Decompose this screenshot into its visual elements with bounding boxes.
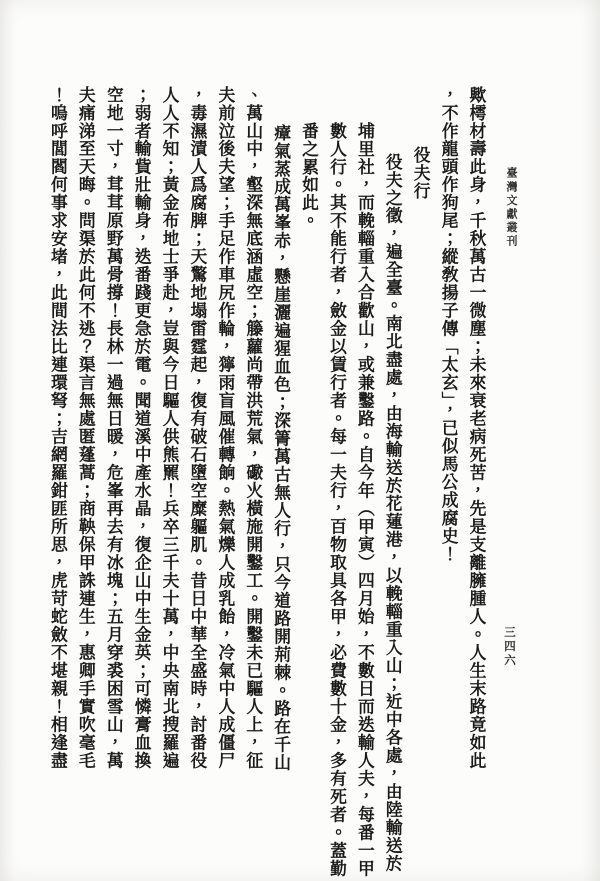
text-column: 夫痛涕至天晦。問渠於此何不逃？渠言無處匿蓬蒿；商鞅保甲誅連生，惠卿手實吹毫毛 [71,86,99,878]
scanned-book-page: 臺灣文獻叢刊 三四六 歟樗材壽此身，千秋萬古一微塵；未來衰老病死苦，先是支離臃腫… [0,0,600,881]
text-column: 空地一寸，茸茸原野萬骨撐！長林一過無日暖，危峯再去有冰塊；五月穿裘困雪山，萬 [99,86,127,878]
text-column: 歟樗材壽此身，千秋萬古一微塵；未來衰老病死苦，先是支離臃腫人。人生末路竟如此 [462,86,490,878]
text-column: ；弱者輸貲壯輸身，迭番踐更急於電。聞道溪中產水晶，復企山中生金英；可憐膏血換 [127,86,155,878]
page-number: 三四六 [501,626,517,668]
vertical-text-body: 歟樗材壽此身，千秋萬古一微塵；未來衰老病死苦，先是支離臃腫人。人生末路竟如此，不… [44,86,490,878]
text-column: 役夫之徵，遍全臺。南北盡處，由海輸送於花蓮港，以輓輜重入山；近中各處，由陸輸送於 [378,86,406,878]
text-column: 人人不知；黃金布地士爭赴，豈與今日驅人供熊羆！兵卒三千夫十萬，中央南北搜羅遍 [155,86,183,878]
text-column: 番之累如此。 [295,86,323,878]
text-column: ，毒濕漬人爲腐脾；天驚地塌雷霆起，復有破石墮空糜軀肌。昔日中華全盛時，討番役 [183,86,211,878]
series-header: 臺灣文獻叢刊 [503,167,519,249]
text-column: ，不作龍頭作狗尾；縱敎揚子傳「太玄」，已似馬公成腐史！ [434,86,462,878]
text-column: ！嗚呼閭閻何事求安堵，此間法比連環弩；吉網羅鉗匪所思，虎苛蛇斂不堪親！相逢盡 [44,86,71,878]
poem-title-column: 役夫行 [406,86,434,878]
text-column: 埔里社，而輓輜重入合歡山，或兼鑿路。自今年（甲寅）四月始，不數日而迭輸人夫，每番… [350,86,378,878]
text-column: 數人行。其不能行者，斂金以賃行者。每一夫行，百物取具各甲，必費數十金，多有死者。… [323,86,351,878]
text-column: 夫前泣後夫望；手足作車尻作輪，獰雨盲風催轉餉。熱氣爍人成乳飴，冷氣中人成僵尸 [211,86,239,878]
text-column: 、萬山中，壑深無底涵虛空；籐蘿尚帶洪荒氣，礮火橫施開鑿工。開鑿未已驅人上，征 [239,86,267,878]
text-column: 瘴氣蒸成萬峯赤，懸崖灑遍猩血色；深箐萬古無人行，只今道路開荊棘。路在千山 [267,86,295,878]
